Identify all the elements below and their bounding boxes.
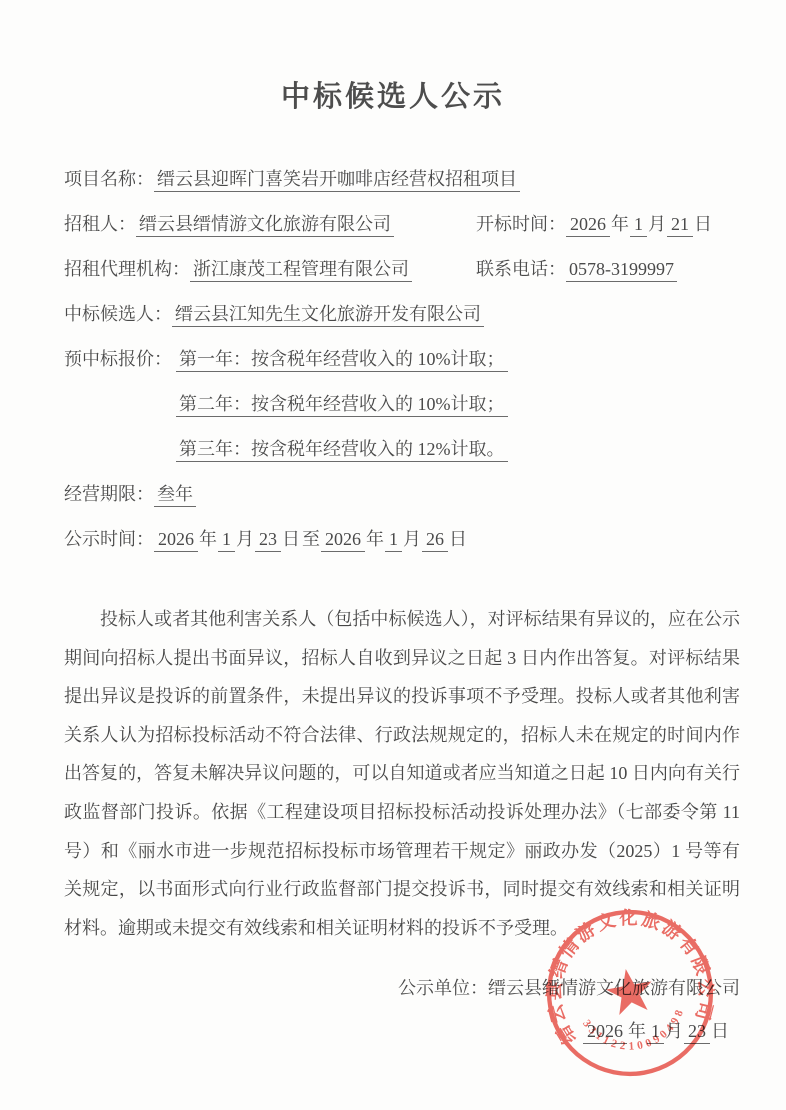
field-row-term: 经营期限：叁年 [64,480,740,525]
field-phone: 联系电话：0578-3199997 [476,255,677,281]
bid-year2-value: 第二年：按含税年经营收入的 10%计取； [176,394,508,417]
bid-label: 预中标报价： [64,345,176,371]
footer: 公示单位：缙云县缙情游文化旅游有限公司 2026年1月23日 [64,974,740,1043]
project-value: 缙云县迎晖门喜笑岩开咖啡店经营权招租项目 [154,169,520,192]
term-value: 叁年 [154,484,196,507]
field-row-agency: 招租代理机构：浙江康茂工程管理有限公司 联系电话：0578-3199997 [64,255,740,300]
phone-label: 联系电话： [476,259,566,279]
candidate-value: 缙云县江知先生文化旅游开发有限公司 [172,304,484,327]
unit-day: 日 [711,1021,729,1041]
field-row-bid-year2: 第二年：按含税年经营收入的 10%计取； [64,390,740,435]
lessor-label: 招租人： [64,214,136,234]
footer-date-month: 1 [647,1021,664,1044]
unit-day: 日 [282,529,300,549]
unit-month: 月 [236,529,254,549]
open-time-label: 开标时间： [476,214,566,234]
footer-date-year: 2026 [583,1021,627,1044]
publicity-end-day: 26 [422,529,448,552]
unit-year: 年 [366,529,384,549]
unit-year: 年 [611,214,629,234]
unit-day: 日 [449,529,467,549]
footer-date-line: 2026年1月23日 [64,1017,740,1043]
open-time-day: 21 [667,214,693,237]
agency-label: 招租代理机构： [64,259,190,279]
field-row-candidate: 中标候选人：缙云县江知先生文化旅游开发有限公司 [64,300,740,345]
unit-month: 月 [403,529,421,549]
bid-year1-value: 第一年：按含税年经营收入的 10%计取； [176,349,508,372]
field-row-bid-year1: 预中标报价：第一年：按含税年经营收入的 10%计取； [64,345,740,390]
field-open-time: 开标时间：2026年1月21日 [476,210,713,236]
publicity-label: 公示时间： [64,529,154,549]
field-row-publicity: 公示时间：2026年1月23日至2026年1月26日 [64,525,740,570]
phone-value: 0578-3199997 [566,259,677,282]
publicity-start-month: 1 [218,529,235,552]
footer-unit-value: 缙云县缙情游文化旅游有限公司 [488,978,740,998]
footer-unit-label: 公示单位： [398,978,488,998]
agency-value: 浙江康茂工程管理有限公司 [190,259,412,282]
unit-year: 年 [628,1021,646,1041]
field-row-project: 项目名称：缙云县迎晖门喜笑岩开咖啡店经营权招租项目 [64,165,740,210]
unit-to: 至 [302,529,320,549]
publicity-end-month: 1 [385,529,402,552]
unit-month: 月 [665,1021,683,1041]
unit-month: 月 [648,214,666,234]
unit-year: 年 [199,529,217,549]
unit-day: 日 [694,214,712,234]
objection-paragraph: 投标人或者其他利害关系人（包括中标候选人），对评标结果有异议的，应在公示期间向招… [64,600,740,947]
project-label: 项目名称： [64,169,154,189]
field-row-lessor: 招租人：缙云县缙情游文化旅游有限公司 开标时间：2026年1月21日 [64,210,740,255]
bid-year3-value: 第三年：按含税年经营收入的 12%计取。 [176,439,508,462]
open-time-month: 1 [630,214,647,237]
candidate-label: 中标候选人： [64,304,172,324]
publicity-end-year: 2026 [321,529,365,552]
page-title: 中标候选人公示 [0,0,786,115]
open-time-year: 2026 [566,214,610,237]
fields-section: 项目名称：缙云县迎晖门喜笑岩开咖啡店经营权招租项目 招租人：缙云县缙情游文化旅游… [64,165,740,570]
publicity-start-year: 2026 [154,529,198,552]
footer-unit-line: 公示单位：缙云县缙情游文化旅游有限公司 [64,974,740,1000]
footer-date-day: 23 [684,1021,710,1044]
term-label: 经营期限： [64,484,154,504]
field-row-bid-year3: 第三年：按含税年经营收入的 12%计取。 [64,435,740,480]
announcement-document: 中标候选人公示 项目名称：缙云县迎晖门喜笑岩开咖啡店经营权招租项目 招租人：缙云… [0,0,786,1110]
publicity-start-day: 23 [255,529,281,552]
lessor-value: 缙云县缙情游文化旅游有限公司 [136,214,394,237]
